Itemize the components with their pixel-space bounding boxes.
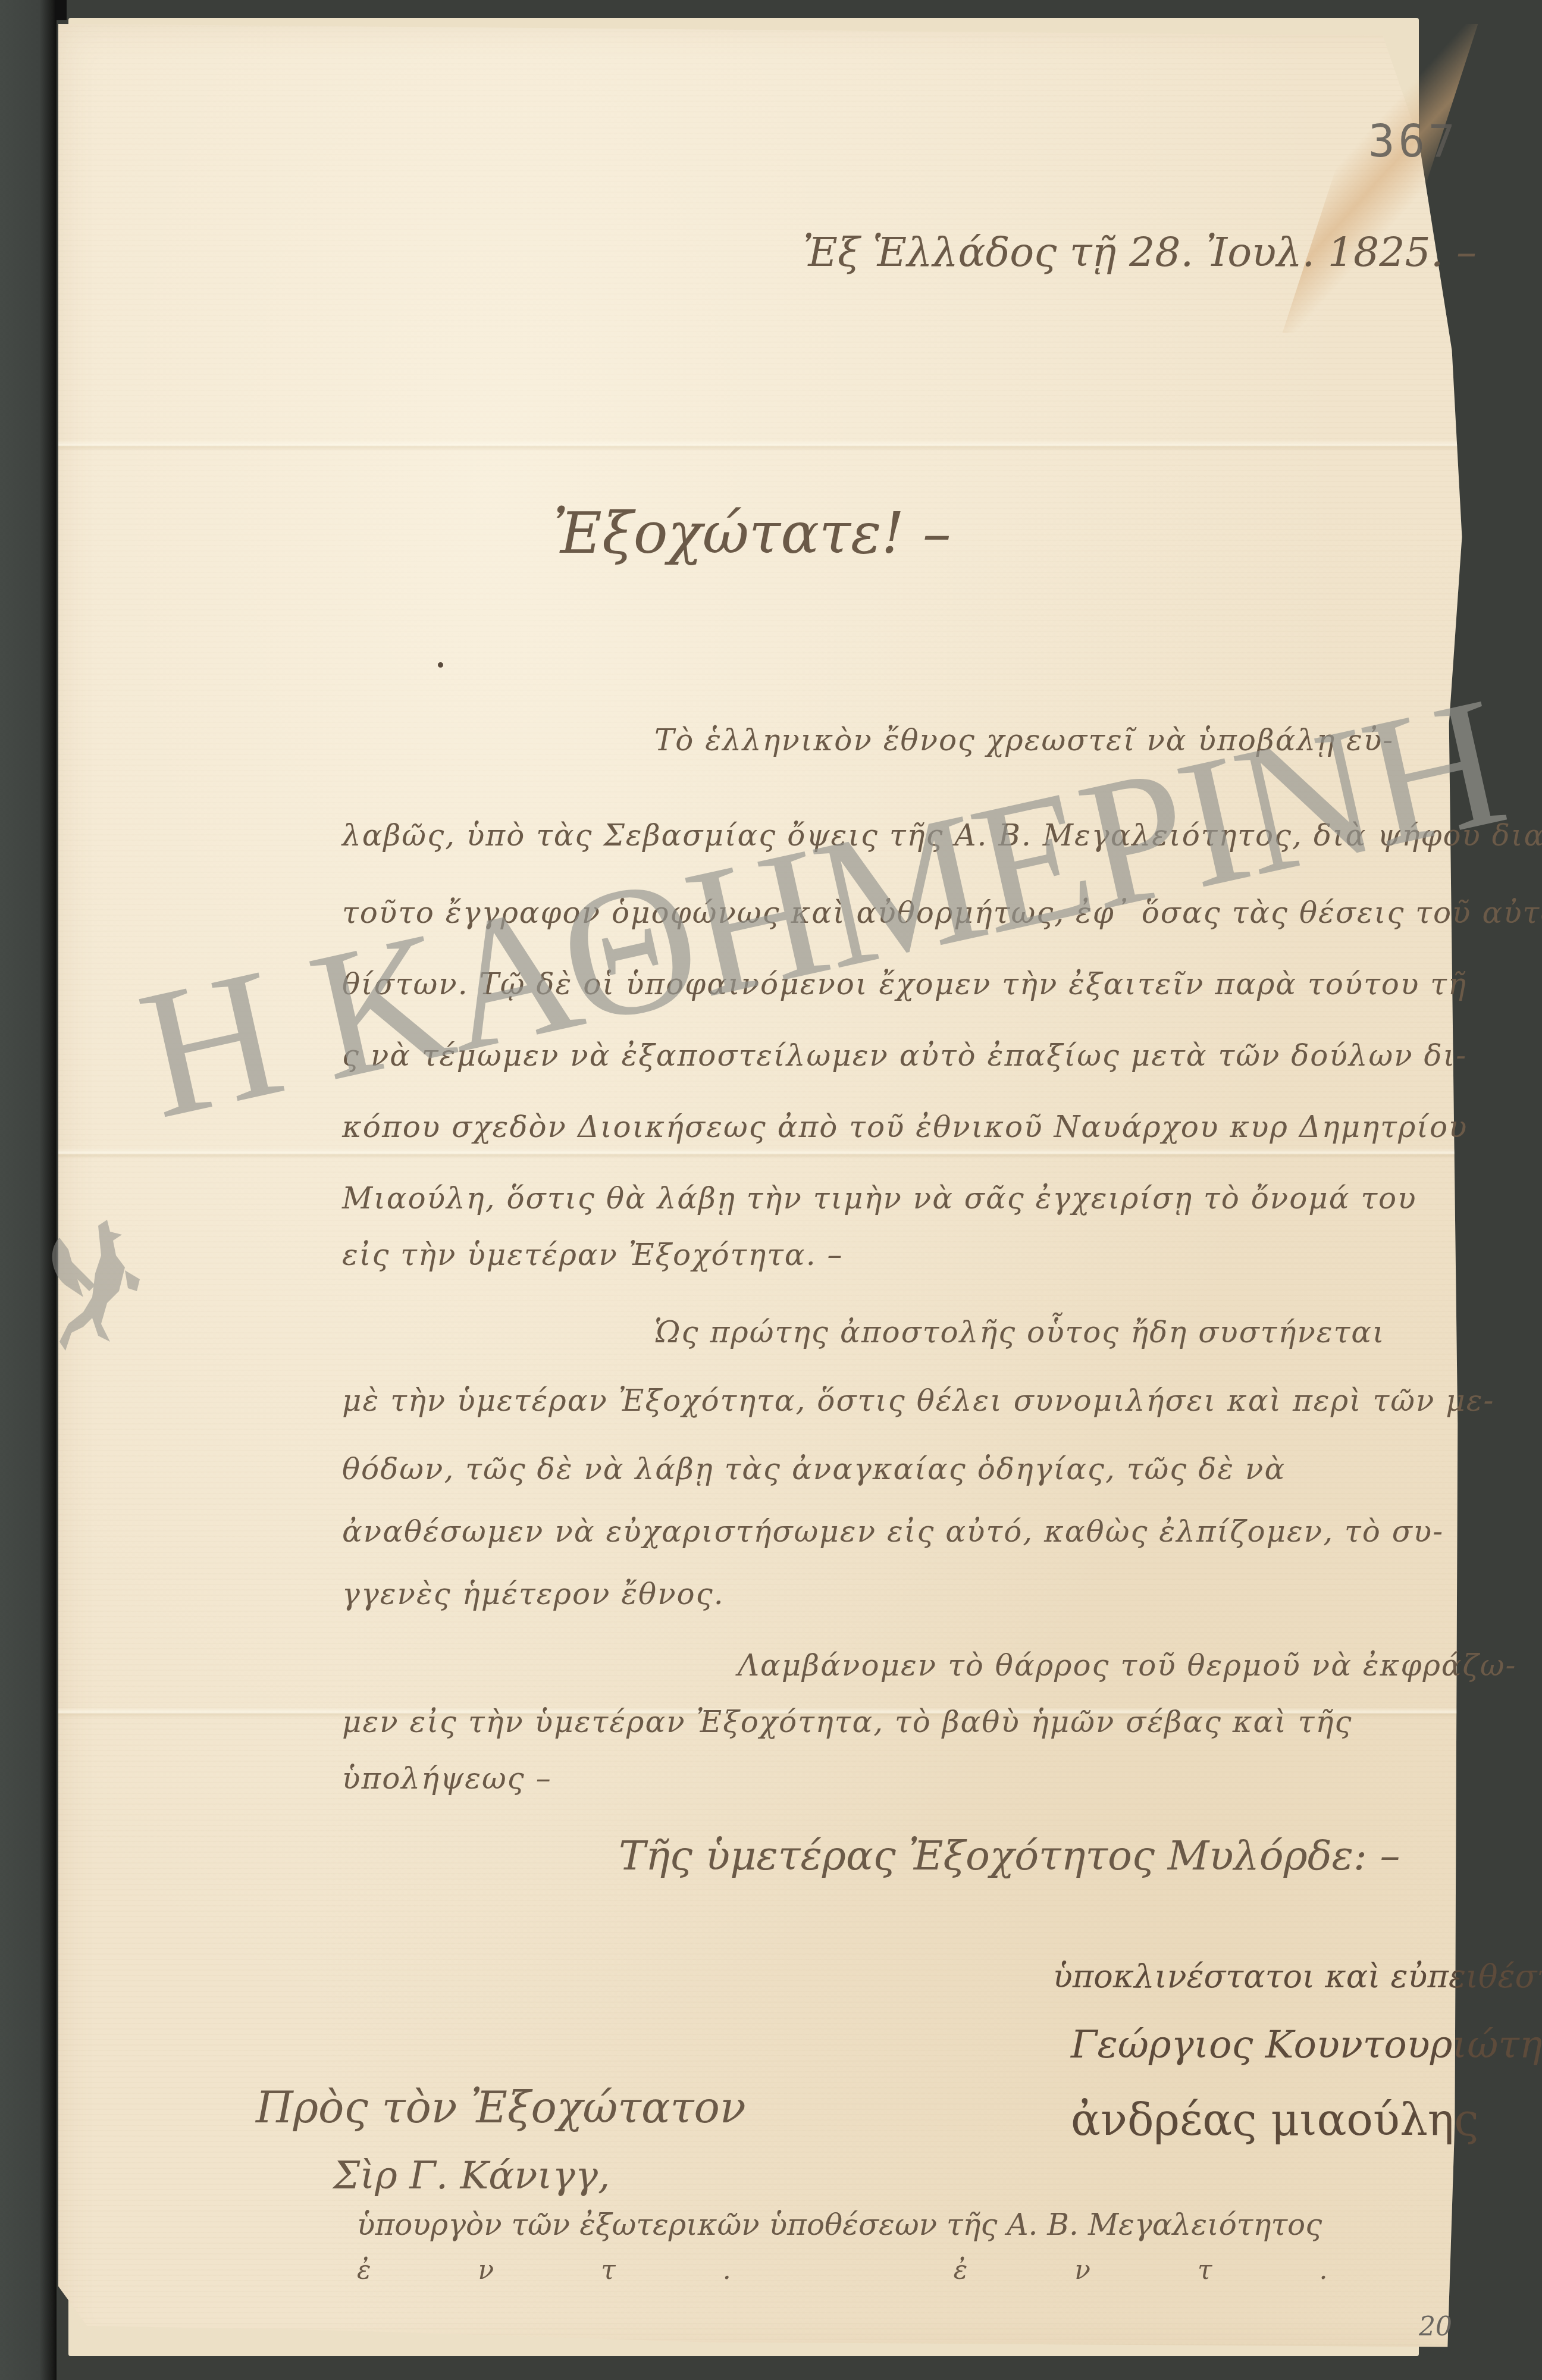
mat-notch xyxy=(55,0,67,20)
griffin-icon xyxy=(42,1214,149,1357)
body-line: εἰς τὴν ὑμετέραν Ἐξοχότητα. – xyxy=(342,1238,843,1272)
signature-name: Γεώργιος Κουντουριώτης xyxy=(1071,2023,1542,2067)
body-line: γγενὲς ἡμέτερον ἔθνος. xyxy=(342,1577,725,1611)
body-line: μεν εἰς τὴν ὑμετέραν Ἐξοχότητα, τὸ βαθὺ … xyxy=(342,1705,1352,1739)
addressee-line: ὑπουργὸν τῶν ἐξωτερικῶν ὑποθέσεων τῆς Α.… xyxy=(357,2207,1322,2242)
paper-fold-line xyxy=(58,1148,1498,1159)
closing-line: Τῆς ὑμετέρας Ἐξοχότητος Μυλόρδε: – xyxy=(619,1833,1400,1880)
salutation: Ἐξοχώτατε! – xyxy=(553,500,951,566)
addressee-line: Πρὸς τὸν Ἐξοχώτατον xyxy=(256,2082,746,2132)
body-line: κόπου σχεδὸν Διοικήσεως ἀπὸ τοῦ ἐθνικοῦ … xyxy=(342,1110,1468,1144)
ink-dot xyxy=(438,662,443,668)
addressee-abbreviations: ἐντ. ἐντ. ἐντ. xyxy=(357,2255,1542,2285)
addressee-line: Σὶρ Γ. Κάνιγγ, xyxy=(333,2154,610,2198)
body-line: ὑπολήψεως – xyxy=(342,1761,552,1796)
signature-name: ἀνδρέας μιαούλης xyxy=(1071,2094,1479,2146)
pencil-folio-mark: 20 xyxy=(1419,2312,1452,2342)
body-line: Ὡς πρώτης ἀποστολῆς οὗτος ἤδη συστήνεται xyxy=(654,1315,1386,1349)
body-line: Μιαούλη, ὅστις θὰ λάβῃ τὴν τιμὴν νὰ σᾶς … xyxy=(342,1181,1417,1216)
paper-fold-line xyxy=(58,440,1498,451)
body-line: θόδων, τῶς δὲ νὰ λάβῃ τὰς ἀναγκαίας ὁδηγ… xyxy=(342,1452,1286,1486)
scanner-mat-left xyxy=(0,0,57,2380)
archive-page-number: 367 xyxy=(1368,116,1459,167)
date-line: Ἐξ Ἑλλάδος τῇ 28. Ἰουλ. 1825. – xyxy=(803,229,1477,276)
body-line: Λαμβάνομεν τὸ θάρρος τοῦ θερμοῦ νὰ ἐκφρά… xyxy=(738,1648,1516,1683)
signature-formula: ὑποκλινέστατοι καὶ εὐπειθέστατοι δοῦλοι xyxy=(1053,1958,1542,1995)
body-line: ἀναθέσωμεν νὰ εὐχαριστήσωμεν εἰς αὐτό, κ… xyxy=(342,1514,1444,1549)
body-line: μὲ τὴν ὑμετέραν Ἐξοχότητα, ὅστις θέλει σ… xyxy=(342,1383,1494,1418)
